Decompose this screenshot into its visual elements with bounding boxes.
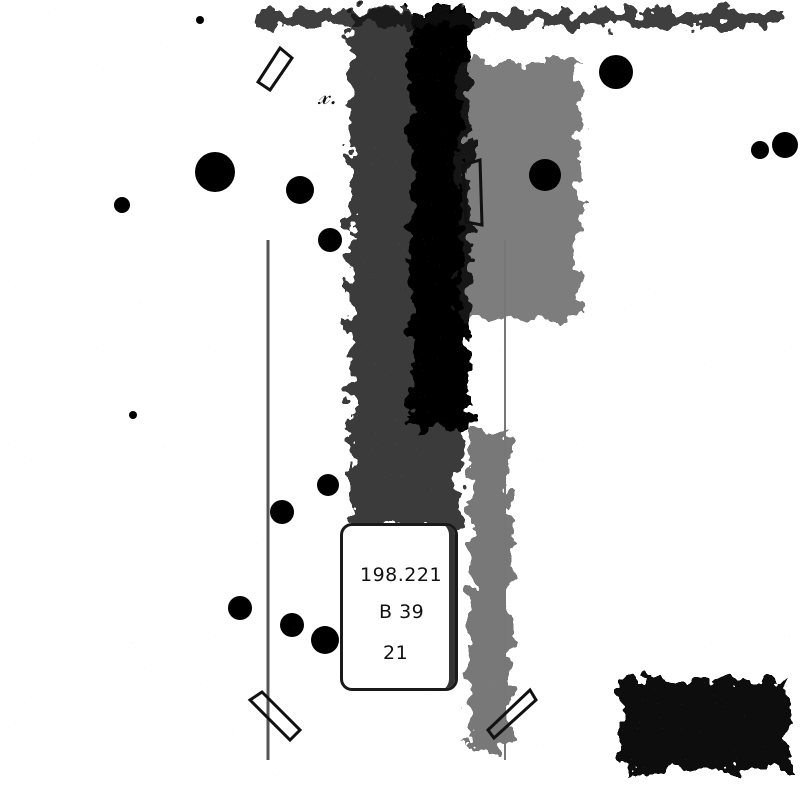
call-number-cutter: B 39: [379, 601, 424, 623]
call-number-class: 198.221: [360, 564, 442, 586]
shelf-label: 198.221 B 39 21: [340, 523, 458, 691]
call-number-volume: 21: [383, 642, 408, 664]
handwritten-mark: 𝓍.: [318, 82, 337, 110]
